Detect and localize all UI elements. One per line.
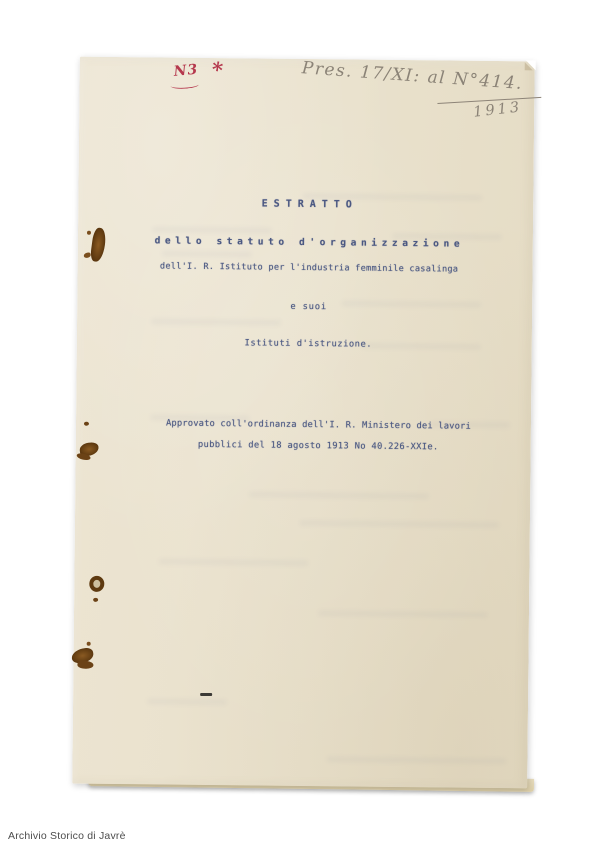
registry-annotation: Pres. 17/XI: al N°414. bbox=[301, 58, 524, 94]
bleed-through-line bbox=[147, 698, 227, 705]
bleed-through-line bbox=[151, 318, 281, 325]
red-nb-mark: N3 bbox=[173, 62, 199, 80]
registry-year-annotation: 1913 bbox=[473, 99, 523, 120]
stain-dot bbox=[87, 642, 91, 646]
document-page: Pres. 17/XI: al N°414. 1913 N3 * ESTRATT… bbox=[72, 57, 535, 789]
bleed-through-line bbox=[152, 226, 272, 233]
stain-dot bbox=[84, 422, 89, 426]
bleed-through-line bbox=[162, 251, 252, 258]
stain-dot bbox=[87, 231, 91, 235]
bleed-through-line bbox=[159, 558, 309, 566]
red-asterisk-mark: * bbox=[210, 56, 225, 82]
stain-blob bbox=[77, 660, 94, 670]
bleed-through-line bbox=[318, 610, 488, 618]
red-nb-underline bbox=[170, 80, 199, 90]
approval-line-2: pubblici del 18 agosto 1913 No 40.226-XX… bbox=[106, 439, 531, 453]
stain-dot bbox=[93, 598, 98, 602]
separator-dash bbox=[200, 693, 212, 696]
document-subtitle-2: dell'I. R. Istituto per l'industria femm… bbox=[86, 261, 533, 276]
approval-line-1: Approvato coll'ordinanza dell'I. R. Mini… bbox=[106, 418, 531, 432]
bleed-through-line bbox=[249, 491, 429, 499]
bleed-through-line bbox=[299, 520, 499, 528]
document-subtitle-4: Istituti d'istruzione. bbox=[85, 337, 532, 352]
stain-blob bbox=[90, 227, 107, 262]
archive-watermark: Archivio Storico di Javrè bbox=[8, 830, 126, 842]
corner-fold bbox=[526, 60, 536, 70]
stain-ring bbox=[89, 576, 104, 592]
stain-dot bbox=[83, 252, 91, 259]
bleed-through-line bbox=[326, 756, 506, 764]
